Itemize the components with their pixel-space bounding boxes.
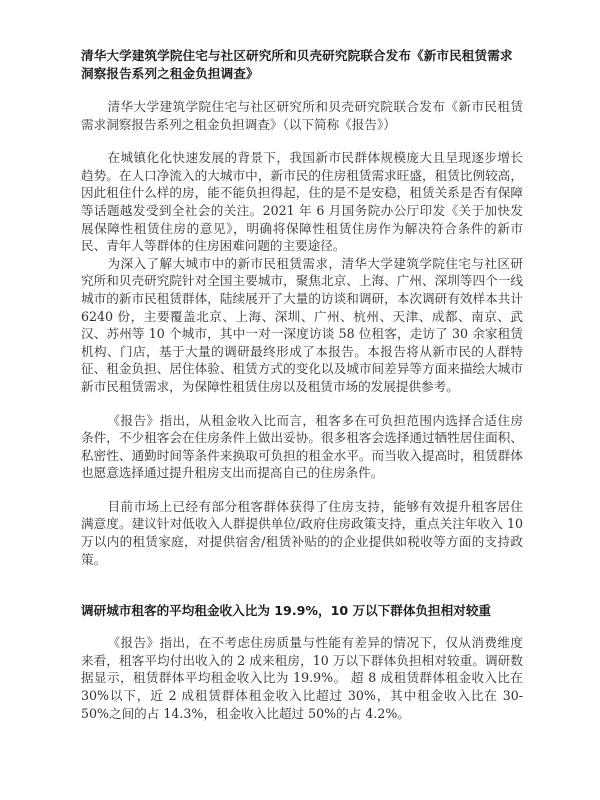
document-title: 清华大学建筑学院住宅与社区研究所和贝壳研究院联合发布《新市民租赁需求洞察报告系列… <box>81 47 523 83</box>
spacer <box>81 396 523 412</box>
spacer <box>81 568 523 602</box>
section-heading: 调研城市租客的平均租金收入比为 19.9%，10 万以下群体负担相对较重 <box>81 602 523 620</box>
intro-paragraph: 清华大学建筑学院住宅与社区研究所和贝壳研究院联合发布《新市民租赁需求洞察报告系列… <box>81 98 523 133</box>
spacer <box>81 482 523 498</box>
findings-paragraph: 《报告》指出，从租金收入比而言，租客多在可负担范围内选择合适住房条件，不少租客会… <box>81 412 523 482</box>
survey-paragraph: 为深入了解大城市中的新市民租赁需求，清华大学建筑学院住宅与社区研究所和贝壳研究院… <box>81 255 523 396</box>
spacer <box>81 626 523 634</box>
background-paragraph: 在城镇化化快速发展的背景下，我国新市民群体规模庞大且呈现逐步增长趋势。在人口净流… <box>81 149 523 255</box>
spacer <box>81 133 523 149</box>
recommendation-paragraph: 目前市场上已经有部分租客群体获得了住房支持，能够有效提升租客居住满意度。建议针对… <box>81 498 523 568</box>
document-page: 清华大学建筑学院住宅与社区研究所和贝壳研究院联合发布《新市民租赁需求洞察报告系列… <box>81 47 523 722</box>
section-paragraph: 《报告》指出，在不考虑住房质量与性能有差异的情况下，仅从消费维度来看，租客平均付… <box>81 634 523 722</box>
